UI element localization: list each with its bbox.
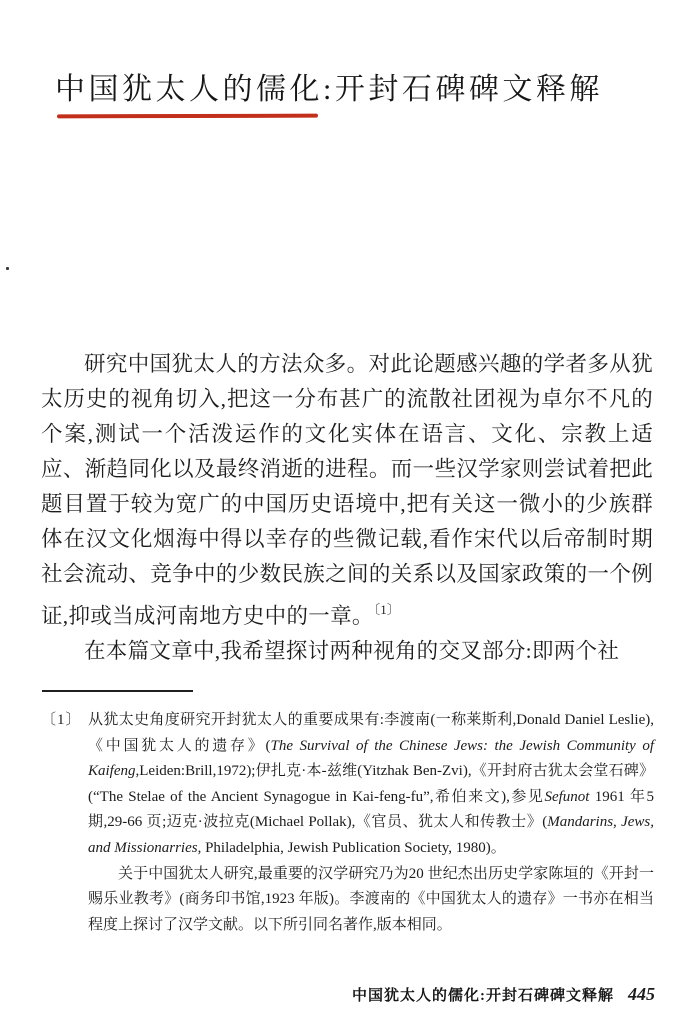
footnote-1-paragraph-2: 关于中国犹太人研究,最重要的汉学研究乃为20 世纪杰出历史学家陈垣的《开封一赐乐…	[88, 862, 654, 939]
footnote-separator-rule	[42, 690, 193, 692]
footnote-segment: , Philadelphia, Jewish Publication Socie…	[198, 840, 506, 856]
footnote-1-paragraph-1: 从犹太史角度研究开封犹太人的重要成果有:李渡南(一称莱斯利,Donald Dan…	[88, 708, 654, 862]
body-paragraph-1-text: 研究中国犹太人的方法众多。对此论题感兴趣的学者多从犹太历史的视角切入,把这一分布…	[41, 352, 653, 628]
footer-page-number: 445	[628, 984, 655, 1004]
footnote-marker: 〔1〕	[41, 708, 82, 734]
scan-speck	[6, 267, 9, 270]
footnote-1: 〔1〕 从犹太史角度研究开封犹太人的重要成果有:李渡南(一称莱斯利,Donald…	[41, 708, 654, 938]
body-paragraph-2-text: 在本篇文章中,我希望探讨两种视角的交叉部分:即两个社	[84, 639, 619, 663]
article-title-underlined-part: 中国犹太人的儒化	[55, 73, 323, 106]
footnote-reference: 〔1〕	[374, 602, 400, 617]
running-footer: 中国犹太人的儒化:开封石碑碑文释解445	[352, 984, 655, 1005]
body-paragraph-2: 在本篇文章中,我希望探讨两种视角的交叉部分:即两个社	[41, 634, 653, 669]
document-page: 中国犹太人的儒化:开封石碑碑文释解 研究中国犹太人的方法众多。对此论题感兴趣的学…	[0, 0, 690, 1030]
body-text: 研究中国犹太人的方法众多。对此论题感兴趣的学者多从犹太历史的视角切入,把这一分布…	[41, 347, 653, 669]
article-title: 中国犹太人的儒化:开封石碑碑文释解	[55, 68, 603, 112]
footnote-block: 〔1〕 从犹太史角度研究开封犹太人的重要成果有:李渡南(一称莱斯利,Donald…	[41, 708, 654, 938]
journal-title-italic: Sefunot	[544, 789, 589, 805]
footer-running-title: 中国犹太人的儒化:开封石碑碑文释解	[352, 988, 614, 1004]
body-paragraph-1: 研究中国犹太人的方法众多。对此论题感兴趣的学者多从犹太历史的视角切入,把这一分布…	[41, 347, 653, 634]
red-underline-annotation	[57, 114, 318, 119]
article-title-rest: :开封石碑碑文释解	[323, 73, 603, 106]
